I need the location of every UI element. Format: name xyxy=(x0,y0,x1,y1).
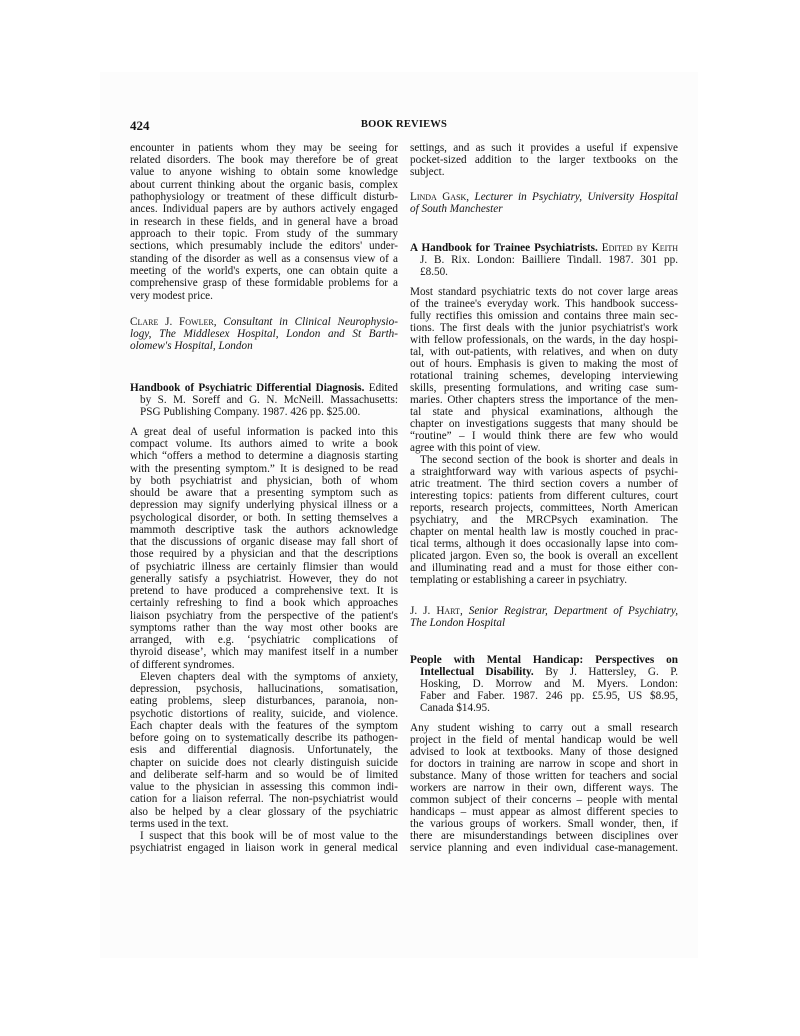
reviewer-affiliation: , Lecturer in Psychiatry, University Hos… xyxy=(466,191,678,203)
text-line: depression may signify underlying physic… xyxy=(130,499,398,511)
text-line: tions. The first deals with the junior p… xyxy=(410,322,678,334)
text-line: and deliberate self-harm and so would be… xyxy=(130,769,398,781)
text-line: terms used in the text. xyxy=(130,818,398,830)
running-head: 424 BOOK REVIEWS xyxy=(130,118,678,134)
reviewer-affiliation: , Senior Registrar, Department of Psychi… xyxy=(460,605,678,617)
text-line: comprehensive grasp of these formidable … xyxy=(130,277,398,289)
text-line: tical terms, although it does occasional… xyxy=(410,538,678,550)
text-line: certainly refreshing to find a book whic… xyxy=(130,597,398,609)
text-line: for doctors in training are narrow in sc… xyxy=(410,758,678,770)
text-line: of the trainee's everyday work. This han… xyxy=(410,298,678,310)
text-line: by both psychiatrist and physician, both… xyxy=(130,475,398,487)
reviewer-affiliation: olomew's Hospital, London xyxy=(130,340,398,352)
text-line: skills, presenting formulations, and wri… xyxy=(410,382,678,394)
text-line: fully rectifies this omission and contai… xyxy=(410,310,678,322)
text-line: with fellow professionals, on the wards,… xyxy=(410,334,678,346)
text-line: depression, psychosis, hallucinations, s… xyxy=(130,683,398,695)
book-citation: Faber and Faber. 1987. 246 pp. £5.95, US… xyxy=(410,690,678,702)
text-line: eating problems, sleep disturbances, par… xyxy=(130,695,398,707)
section-title: BOOK REVIEWS xyxy=(130,119,678,130)
text-line: chapter on mental health law is mostly c… xyxy=(410,526,678,538)
text-line: esis and differential diagnosis. Unfortu… xyxy=(130,744,398,756)
text-line: pretend to have produced a comprehensive… xyxy=(130,585,398,597)
text-line: sections, which presumably include the e… xyxy=(130,240,398,252)
book-title: Handbook of Psychiatric Differential Dia… xyxy=(130,382,364,394)
text-line: should be aware that a presenting sympto… xyxy=(130,487,398,499)
text-line: very modest price. xyxy=(130,290,398,302)
text-line: advised to look at textbooks. Many of th… xyxy=(410,746,678,758)
text-line: and illuminating read and a must for tho… xyxy=(410,562,678,574)
text-line: psychological disorder, or both. In sett… xyxy=(130,512,398,524)
text-line: which “offers a method to determine a di… xyxy=(130,450,398,462)
reviewer-affiliation: , Consultant in Clinical Neurophysio- xyxy=(214,316,398,328)
text-line: settings, and as such it provides a usef… xyxy=(410,142,678,154)
text-line: value to anyone wishing to obtain some k… xyxy=(130,166,398,178)
text-line: before going on to systematically descri… xyxy=(130,732,398,744)
text-line: arranged, with e.g. ‘psychiatric complic… xyxy=(130,634,398,646)
text-line: related disorders. The book may therefor… xyxy=(130,154,398,166)
text-line: reports, research projects, committees, … xyxy=(410,502,678,514)
book-citation: Edited by Keith xyxy=(598,242,678,254)
text-line: of psychiatric illness are certainly fli… xyxy=(130,561,398,573)
text-line: agree with this point of view. xyxy=(410,442,678,454)
text-line: in research in these fields, and in gene… xyxy=(130,216,398,228)
book-citation: By J. Hattersley, G. P. xyxy=(534,666,678,678)
text-line: that the discussions of organic disease … xyxy=(130,536,398,548)
reviewer-affiliation: of South Manchester xyxy=(410,203,678,215)
text-line: service planning and even individual cas… xyxy=(410,842,678,854)
text-line: chapter on suicide does not clearly dist… xyxy=(130,757,398,769)
text-line: the various groups of workers. Small won… xyxy=(410,818,678,830)
text-line: maries. Other chapters stress the import… xyxy=(410,394,678,406)
text-line: “routine” – I would think there are few … xyxy=(410,430,678,442)
text-line: atric treatment. The third section cover… xyxy=(410,478,678,490)
text-line: chapter on investigations suggests that … xyxy=(410,418,678,430)
text-line: psychotic distortions of reality, suicid… xyxy=(130,708,398,720)
text-line: subject. xyxy=(410,166,678,178)
text-line: out of hours. Emphasis is given to makin… xyxy=(410,358,678,370)
text-line: there are misunderstandings between disc… xyxy=(410,830,678,842)
text-line: interesting topics: patients from differ… xyxy=(410,490,678,502)
text-line: those required by a physician and that t… xyxy=(130,548,398,560)
book-title: People with Mental Handicap: Perspective… xyxy=(410,654,678,666)
text-line: psychiatry, and the MRCPsych examination… xyxy=(410,514,678,526)
text-line: pathophysiology or treatment of these di… xyxy=(130,191,398,203)
text-line: cation for a liaison referral. The non-p… xyxy=(130,793,398,805)
reviewer-name: Linda Gask xyxy=(410,191,466,203)
text-line: A great deal of useful information is pa… xyxy=(130,426,398,438)
text-line: a straightforward way with various aspec… xyxy=(410,466,678,478)
reviewer-affiliation: logy, The Middlesex Hospital, London and… xyxy=(130,328,398,340)
text-line: liaison psychiatry from the perspective … xyxy=(130,610,398,622)
text-line: handicaps – must appear as almost differ… xyxy=(410,806,678,818)
text-line: about current thinking about the organic… xyxy=(130,179,398,191)
book-citation: Hosking, D. Morrow and M. Myers. London: xyxy=(410,678,678,690)
text-line: with the presenting symptom.” It is desi… xyxy=(130,463,398,475)
text-line: generally satisfy a psychiatrist. Howeve… xyxy=(130,573,398,585)
text-line: tal state and physical examinations, alt… xyxy=(410,406,678,418)
text-line: I suspect that this book will be of most… xyxy=(130,830,398,842)
reviewer-name: Clare J. Fowler xyxy=(130,316,214,328)
book-citation: PSG Publishing Company. 1987. 426 pp. $2… xyxy=(130,406,398,418)
text-line: psychiatrist engaged in liaison work in … xyxy=(130,842,398,854)
text-line: thyroid disease’, which may manifest its… xyxy=(130,646,398,658)
text-line: Each chapter deals with the features of … xyxy=(130,720,398,732)
reviewer-name: J. J. Hart xyxy=(410,605,460,617)
text-line: ances. Individual papers are by authors … xyxy=(130,203,398,215)
text-line: Eleven chapters deal with the symptoms o… xyxy=(130,671,398,683)
text-line: symptoms rather than the way most other … xyxy=(130,622,398,634)
book-title: A Handbook for Trainee Psychiatrists. xyxy=(410,242,598,254)
text-line: standing of the disorder as well as a co… xyxy=(130,253,398,265)
book-citation: J. B. Rix. London: Bailliere Tindall. 19… xyxy=(410,254,678,266)
text-line: rotational training schemes, developing … xyxy=(410,370,678,382)
text-line: of different syndromes. xyxy=(130,659,398,671)
book-citation: Edited xyxy=(364,382,398,394)
book-title: Intellectual Disability. xyxy=(420,666,534,678)
reviewer-affiliation: The London Hospital xyxy=(410,617,678,629)
text-line: Most standard psychiatric texts do not c… xyxy=(410,286,678,298)
book-citation: Canada $14.95. xyxy=(410,702,678,714)
text-line: encounter in patients whom they may be s… xyxy=(130,142,398,154)
book-citation: £8.50. xyxy=(410,266,678,278)
text-line: approach to their topic. From study of t… xyxy=(130,228,398,240)
text-line: Any student wishing to carry out a small… xyxy=(410,722,678,734)
text-line: substance. Many of those written for tea… xyxy=(410,770,678,782)
text-line: mammoth descriptive task the authors ack… xyxy=(130,524,398,536)
text-line: workers are narrow in their own, differe… xyxy=(410,782,678,794)
text-line: tal, with out-patients, with relatives, … xyxy=(410,346,678,358)
text-line: also be helped by a clear glossary of th… xyxy=(130,806,398,818)
text-line: project in the field of mental handicap … xyxy=(410,734,678,746)
text-line: pocket-sized addition to the larger text… xyxy=(410,154,678,166)
text-line: compact volume. Its authors aimed to wri… xyxy=(130,438,398,450)
text-line: meeting of the world's experts, one can … xyxy=(130,265,398,277)
text-line: common subject of their concerns – peopl… xyxy=(410,794,678,806)
text-line: The second section of the book is shorte… xyxy=(410,454,678,466)
text-line: plicated jargon. Even so, the book is ov… xyxy=(410,550,678,562)
text-line: value to the physician in assessing this… xyxy=(130,781,398,793)
text-line: templating or establishing a career in p… xyxy=(410,574,678,586)
book-citation: by S. M. Soreff and G. N. McNeill. Massa… xyxy=(130,394,398,406)
